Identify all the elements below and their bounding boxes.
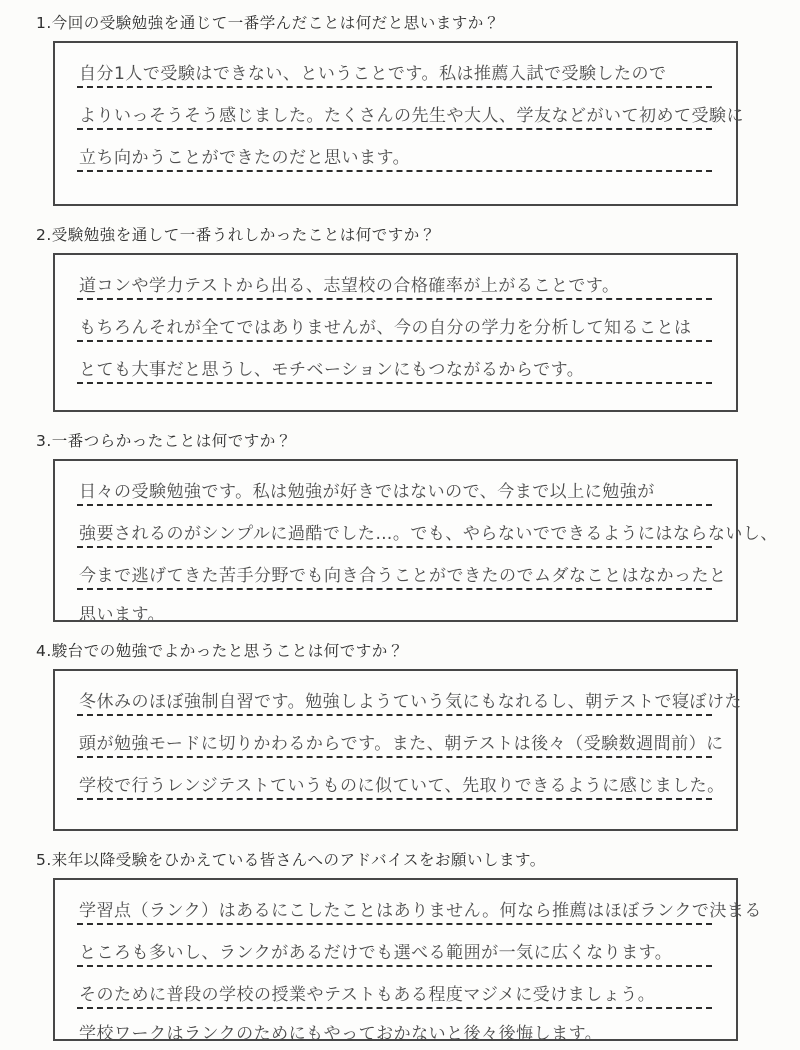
answer-box-5: 学習点（ランク）はあるにこしたことはありません。何なら推薦はほぼランクで決まる … <box>53 878 738 1041</box>
answer-line: 今まで逃げてきた苦手分野でも向き合うことができたのでムダなことはなかったと <box>77 548 712 590</box>
answer-line: 道コンや学力テストから出る、志望校の合格確率が上がることです。 <box>77 258 712 300</box>
answer-line: 頭が勉強モードに切りかわるからです。また、朝テストは後々（受験数週間前）に <box>77 716 712 758</box>
answer-line: 思います。 <box>77 590 712 627</box>
answer-box-3: 日々の受験勉強です。私は勉強が好きではないので、今まで以上に勉強が 強要されるの… <box>53 459 738 622</box>
question-label-3: 3.一番つらかったことは何ですか？ <box>36 431 800 452</box>
answer-box-1: 自分1人で受験はできない、ということです。私は推薦入試で受験したので よりいっそ… <box>53 41 738 206</box>
handwritten-text: ところも多いし、ランクがあるだけでも選べる範囲が一気に広くなります。 <box>77 943 672 965</box>
handwritten-text: もちろんそれが全てではありませんが、今の自分の学力を分析して知ることは <box>77 318 692 340</box>
question-section-3: 3.一番つらかったことは何ですか？ 日々の受験勉強です。私は勉強が好きではないの… <box>0 431 800 622</box>
question-label-2: 2.受験勉強を通して一番うれしかったことは何ですか？ <box>36 225 800 246</box>
handwritten-text: 学校で行うレンジテストていうものに似ていて、先取りできるように感じました。 <box>77 776 725 798</box>
answer-line: よりいっそうそう感じました。たくさんの先生や大人、学友などがいて初めて受験に <box>77 88 712 130</box>
handwritten-text: 学校ワークはランクのためにもやっておかないと後々後悔します。 <box>77 1024 602 1046</box>
answer-line: 学校ワークはランクのためにもやっておかないと後々後悔します。 <box>77 1009 712 1046</box>
question-label-5: 5.来年以降受験をひかえている皆さんへのアドバイスをお願いします。 <box>36 850 800 871</box>
answer-line: 学校で行うレンジテストていうものに似ていて、先取りできるように感じました。 <box>77 758 712 800</box>
question-label-4: 4.駿台での勉強でよかったと思うことは何ですか？ <box>36 641 800 662</box>
answer-line: ところも多いし、ランクがあるだけでも選べる範囲が一気に広くなります。 <box>77 925 712 967</box>
handwritten-text: 今まで逃げてきた苦手分野でも向き合うことができたのでムダなことはなかったと <box>77 566 727 588</box>
handwritten-text: そのために普段の学校の授業やテストもある程度マジメに受けましょう。 <box>77 985 655 1007</box>
handwritten-text: 頭が勉強モードに切りかわるからです。また、朝テストは後々（受験数週間前）に <box>77 734 724 756</box>
answer-line: 立ち向かうことができたのだと思います。 <box>77 130 712 172</box>
answer-line: 強要されるのがシンプルに過酷でした…。でも、やらないでできるようにはならないし、 <box>77 506 712 548</box>
answer-line: 冬休みのほぼ強制自習です。勉強しようていう気にもなれるし、朝テストで寝ぼけた <box>77 674 712 716</box>
answer-line: もちろんそれが全てではありませんが、今の自分の学力を分析して知ることは <box>77 300 712 342</box>
handwritten-text: 自分1人で受験はできない、ということです。私は推薦入試で受験したので <box>77 64 666 86</box>
handwritten-text: 日々の受験勉強です。私は勉強が好きではないので、今まで以上に勉強が <box>77 482 655 504</box>
question-section-5: 5.来年以降受験をひかえている皆さんへのアドバイスをお願いします。 学習点（ラン… <box>0 850 800 1041</box>
scanned-questionnaire-page: 1.今回の受験勉強を通じて一番学んだことは何だと思いますか？ 自分1人で受験はで… <box>0 0 800 1041</box>
question-section-1: 1.今回の受験勉強を通じて一番学んだことは何だと思いますか？ 自分1人で受験はで… <box>0 13 800 206</box>
handwritten-text: 冬休みのほぼ強制自習です。勉強しようていう気にもなれるし、朝テストで寝ぼけた <box>77 692 742 714</box>
handwritten-text: よりいっそうそう感じました。たくさんの先生や大人、学友などがいて初めて受験に <box>77 106 744 128</box>
answer-box-4: 冬休みのほぼ強制自習です。勉強しようていう気にもなれるし、朝テストで寝ぼけた 頭… <box>53 669 738 831</box>
answer-line: 日々の受験勉強です。私は勉強が好きではないので、今まで以上に勉強が <box>77 464 712 506</box>
answer-line: 自分1人で受験はできない、ということです。私は推薦入試で受験したので <box>77 46 712 88</box>
question-section-2: 2.受験勉強を通して一番うれしかったことは何ですか？ 道コンや学力テストから出る… <box>0 225 800 412</box>
handwritten-text: 思います。 <box>77 605 165 627</box>
question-label-1: 1.今回の受験勉強を通じて一番学んだことは何だと思いますか？ <box>36 13 800 34</box>
answer-line: そのために普段の学校の授業やテストもある程度マジメに受けましょう。 <box>77 967 712 1009</box>
answer-box-2: 道コンや学力テストから出る、志望校の合格確率が上がることです。 もちろんそれが全… <box>53 253 738 412</box>
answer-line: 学習点（ランク）はあるにこしたことはありません。何なら推薦はほぼランクで決まる <box>77 883 712 925</box>
handwritten-text: 学習点（ランク）はあるにこしたことはありません。何なら推薦はほぼランクで決まる <box>77 901 762 923</box>
handwritten-text: 強要されるのがシンプルに過酷でした…。でも、やらないでできるようにはならないし、 <box>77 524 778 546</box>
answer-line: とても大事だと思うし、モチベーションにもつながるからです。 <box>77 342 712 384</box>
handwritten-text: 道コンや学力テストから出る、志望校の合格確率が上がることです。 <box>77 276 619 298</box>
handwritten-text: 立ち向かうことができたのだと思います。 <box>77 148 410 170</box>
question-section-4: 4.駿台での勉強でよかったと思うことは何ですか？ 冬休みのほぼ強制自習です。勉強… <box>0 641 800 831</box>
handwritten-text: とても大事だと思うし、モチベーションにもつながるからです。 <box>77 360 584 382</box>
